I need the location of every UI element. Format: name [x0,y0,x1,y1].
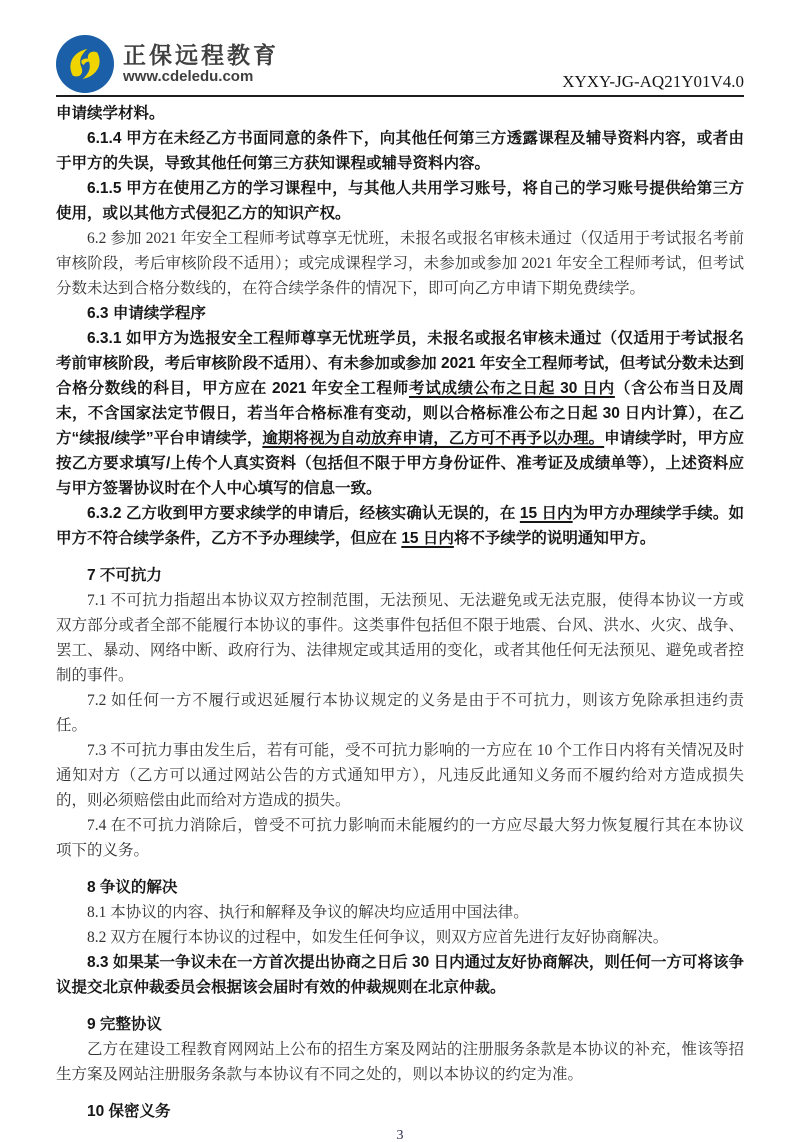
paragraph-continuation: 申请续学材料。 [56,101,744,126]
section-heading-8: 8 争议的解决 [56,875,744,900]
clause-8-2: 8.2 双方在履行本协议的过程中，如发生任何争议，则双方应首先进行友好协商解决。 [56,925,744,950]
page-number: 3 [397,1128,404,1142]
clause-7-4: 7.4 在不可抗力消除后，曾受不可抗力影响而未能履约的一方应尽最大努力恢复履行其… [56,813,744,863]
section-heading-9: 9 完整协议 [56,1012,744,1037]
brand-text: 正保远程教育 www.cdeledu.com [123,42,279,86]
clause-7-2: 7.2 如任何一方不履行或迟延履行本协议规定的义务是由于不可抗力，则该方免除承担… [56,688,744,738]
document-code: XYXY-JG-AQ21Y01V4.0 [562,72,744,93]
brand-url: www.cdeledu.com [123,68,279,86]
page-header: 正保远程教育 www.cdeledu.com XYXY-JG-AQ21Y01V4… [56,30,744,97]
clause-7-1: 7.1 不可抗力指超出本协议双方控制范围，无法预见、无法避免或无法克服，使得本协… [56,588,744,688]
brand-name: 正保远程教育 [123,42,279,68]
clause-6-3-2: 6.3.2 乙方收到甲方要求续学的申请后，经核实确认无误的，在 15 日内为甲方… [56,501,744,551]
clause-8-1: 8.1 本协议的内容、执行和解释及争议的解决均应适用中国法律。 [56,900,744,925]
cdel-logo-icon [56,35,114,93]
clause-heading-6-3: 6.3 申请续学程序 [56,301,744,326]
document-page: 正保远程教育 www.cdeledu.com XYXY-JG-AQ21Y01V4… [0,0,800,1142]
clause-6-3-2-text-3: 将不予续学的说明通知甲方。 [454,530,656,547]
brand-block: 正保远程教育 www.cdeledu.com [56,35,279,93]
clause-6-1-5: 6.1.5 甲方在使用乙方的学习课程中，与其他人共用学习账号，将自己的学习账号提… [56,176,744,226]
clause-9-body: 乙方在建设工程教育网网站上公布的招生方案及网站的注册服务条款是本协议的补充，惟该… [56,1037,744,1087]
clause-6-3-1-underlined-deadline: 考试成绩公布之日起 30 日内 [409,380,615,397]
clause-7-3: 7.3 不可抗力事由发生后，若有可能，受不可抗力影响的一方应在 10 个工作日内… [56,738,744,813]
clause-6-3-2-text-1: 6.3.2 乙方收到甲方要求续学的申请后，经核实确认无误的，在 [87,505,520,522]
section-heading-7: 7 不可抗力 [56,563,744,588]
clause-6-3-2-underlined-15days-2: 15 日内 [401,530,454,547]
section-heading-10: 10 保密义务 [56,1099,744,1124]
clause-6-2: 6.2 参加 2021 年安全工程师考试尊享无忧班，未报名或报名审核未通过（仅适… [56,226,744,301]
page-footer: 3 [56,1126,744,1142]
clause-6-3-1: 6.3.1 如甲方为选报安全工程师尊享无忧班学员，未报名或报名审核未通过（仅适用… [56,326,744,501]
clause-6-1-4: 6.1.4 甲方在未经乙方书面同意的条件下，向其他任何第三方透露课程及辅导资料内… [56,126,744,176]
contract-body: 申请续学材料。 6.1.4 甲方在未经乙方书面同意的条件下，向其他任何第三方透露… [56,97,744,1124]
clause-6-3-1-underlined-forfeit: 逾期将视为自动放弃申请，乙方可不再予以办理。 [262,430,604,447]
clause-8-3: 8.3 如果某一争议未在一方首次提出协商之日后 30 日内通过友好协商解决，则任… [56,950,744,1000]
clause-6-3-2-underlined-15days-1: 15 日内 [520,505,573,522]
